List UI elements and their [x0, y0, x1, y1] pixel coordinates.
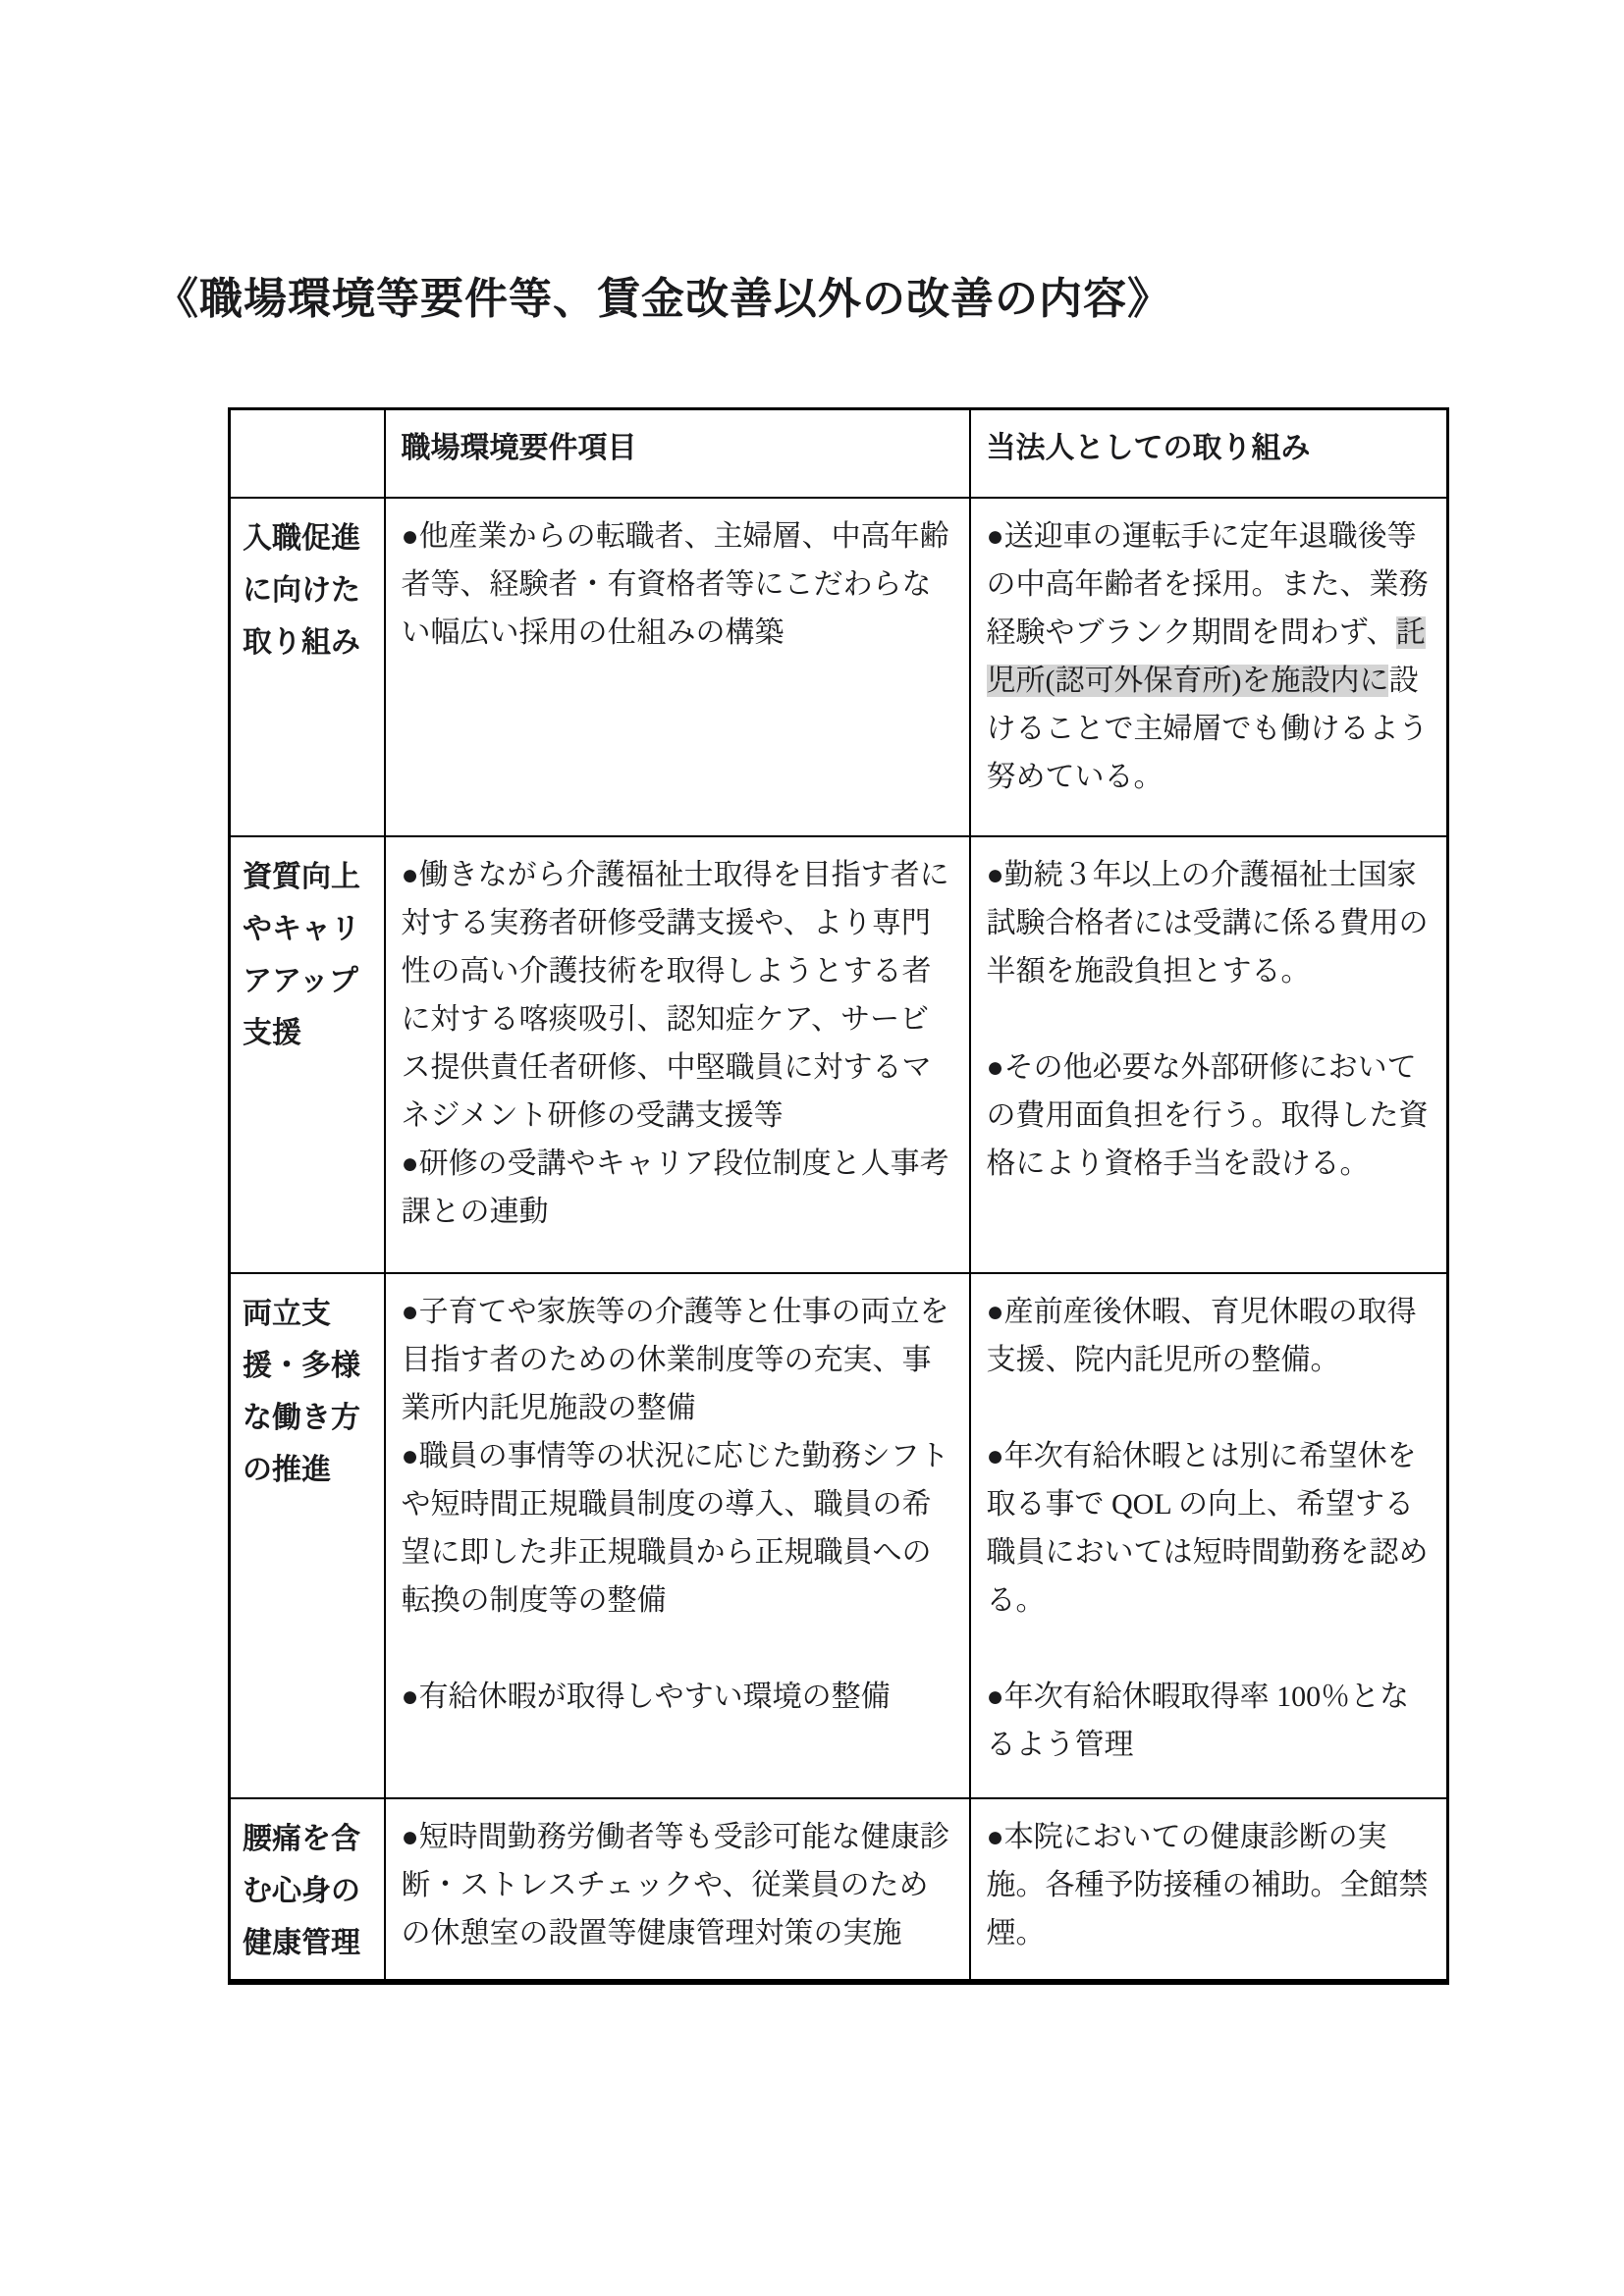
- row-label: 資質向上やキャリアアップ支援: [230, 836, 385, 1273]
- table-row: 腰痛を含む心身の健康管理●短時間勤務労働者等も受診可能な健康診断・ストレスチェッ…: [230, 1798, 1448, 1982]
- text-segment: ●短時間勤務労働者等も受診可能な健康診断・ストレスチェックや、従業員のための休憩…: [402, 1821, 949, 1949]
- row-label: 入職促進に向けた取り組み: [230, 498, 385, 836]
- text-segment: ●送迎車の運転手に定年退職後等の中高年齢者を採用。また、業務経験やブランク期間を…: [987, 520, 1429, 649]
- initiatives-cell: ●勤続３年以上の介護福祉士国家試験合格者には受講に係る費用の半額を施設負担とする…: [970, 836, 1448, 1273]
- requirements-cell: ●子育てや家族等の介護等と仕事の両立を目指す者のための休業制度等の充実、事業所内…: [385, 1273, 970, 1798]
- page-title: 《職場環境等要件等、賃金改善以外の改善の内容》: [155, 263, 1171, 326]
- bullet-item: ●子育てや家族等の介護等と仕事の両立を目指す者のための休業制度等の充実、事業所内…: [402, 1288, 953, 1432]
- text-segment: ●他産業からの転職者、主婦層、中高年齢者等、経験者・有資格者等にこだわらない幅広…: [402, 520, 949, 649]
- header-initiatives: 当法人としての取り組み: [970, 409, 1448, 498]
- text-segment: ●その他必要な外部研修においての費用面負担を行う。取得した資格により資格手当を設…: [987, 1051, 1429, 1180]
- improvement-table: 職場環境要件項目 当法人としての取り組み 入職促進に向けた取り組み●他産業からの…: [228, 407, 1449, 1985]
- header-empty-cell: [230, 409, 385, 498]
- table-row: 入職促進に向けた取り組み●他産業からの転職者、主婦層、中高年齢者等、経験者・有資…: [230, 498, 1448, 836]
- initiatives-cell: ●本院においての健康診断の実施。各種予防接種の補助。全館禁煙。: [970, 1798, 1448, 1982]
- text-segment: ●有給休暇が取得しやすい環境の整備: [402, 1681, 891, 1713]
- text-segment: ●本院においての健康診断の実施。各種予防接種の補助。全館禁煙。: [987, 1821, 1429, 1949]
- requirements-cell: ●他産業からの転職者、主婦層、中高年齢者等、経験者・有資格者等にこだわらない幅広…: [385, 498, 970, 836]
- bullet-item: ●他産業からの転職者、主婦層、中高年齢者等、経験者・有資格者等にこだわらない幅広…: [402, 512, 953, 657]
- table-row: 両立支援・多様な働き方の推進●子育てや家族等の介護等と仕事の両立を目指す者のため…: [230, 1273, 1448, 1798]
- requirements-cell: ●短時間勤務労働者等も受診可能な健康診断・ストレスチェックや、従業員のための休憩…: [385, 1798, 970, 1982]
- header-requirements: 職場環境要件項目: [385, 409, 970, 498]
- bullet-item: ●有給休暇が取得しやすい環境の整備: [402, 1673, 953, 1721]
- text-segment: ●子育てや家族等の介護等と仕事の両立を目指す者のための休業制度等の充実、事業所内…: [402, 1296, 949, 1424]
- text-segment: ●産前産後休暇、育児休暇の取得支援、院内託児所の整備。: [987, 1296, 1417, 1376]
- bullet-item: ●その他必要な外部研修においての費用面負担を行う。取得した資格により資格手当を設…: [987, 1043, 1432, 1188]
- table-body: 入職促進に向けた取り組み●他産業からの転職者、主婦層、中高年齢者等、経験者・有資…: [230, 498, 1448, 1982]
- bullet-item: ●送迎車の運転手に定年退職後等の中高年齢者を採用。また、業務経験やブランク期間を…: [987, 512, 1432, 801]
- row-label: 両立支援・多様な働き方の推進: [230, 1273, 385, 1798]
- bullet-item: ●働きながら介護福祉士取得を目指す者に対する実務者研修受講支援や、より専門性の高…: [402, 851, 953, 1140]
- requirements-cell: ●働きながら介護福祉士取得を目指す者に対する実務者研修受講支援や、より専門性の高…: [385, 836, 970, 1273]
- bullet-item: ●研修の受講やキャリア段位制度と人事考課との連動: [402, 1140, 953, 1236]
- text-segment: ●職員の事情等の状況に応じた勤務シフトや短時間正規職員制度の導入、職員の希望に即…: [402, 1440, 949, 1617]
- text-segment: ●年次有給休暇取得率 100％となるよう管理: [987, 1681, 1410, 1761]
- bullet-item: ●年次有給休暇とは別に希望休を取る事で QOL の向上、希望する職員においては短…: [987, 1432, 1432, 1625]
- row-label: 腰痛を含む心身の健康管理: [230, 1798, 385, 1982]
- document-page: 《職場環境等要件等、賃金改善以外の改善の内容》 職場環境要件項目 当法人としての…: [0, 0, 1624, 2296]
- text-segment: ●勤続３年以上の介護福祉士国家試験合格者には受講に係る費用の半額を施設負担とする…: [987, 859, 1429, 988]
- bullet-item: ●職員の事情等の状況に応じた勤務シフトや短時間正規職員制度の導入、職員の希望に即…: [402, 1432, 953, 1625]
- bullet-item: ●勤続３年以上の介護福祉士国家試験合格者には受講に係る費用の半額を施設負担とする…: [987, 851, 1432, 995]
- bullet-item: ●産前産後休暇、育児休暇の取得支援、院内託児所の整備。: [987, 1288, 1432, 1384]
- initiatives-cell: ●産前産後休暇、育児休暇の取得支援、院内託児所の整備。●年次有給休暇とは別に希望…: [970, 1273, 1448, 1798]
- bullet-item: ●短時間勤務労働者等も受診可能な健康診断・ストレスチェックや、従業員のための休憩…: [402, 1813, 953, 1957]
- bullet-item: ●本院においての健康診断の実施。各種予防接種の補助。全館禁煙。: [987, 1813, 1432, 1957]
- bullet-item: ●年次有給休暇取得率 100％となるよう管理: [987, 1673, 1432, 1769]
- text-segment: ●年次有給休暇とは別に希望休を取る事で QOL の向上、希望する職員においては短…: [987, 1440, 1429, 1617]
- header-row: 職場環境要件項目 当法人としての取り組み: [230, 409, 1448, 498]
- text-segment: ●働きながら介護福祉士取得を目指す者に対する実務者研修受講支援や、より専門性の高…: [402, 859, 949, 1132]
- text-segment: ●研修の受講やキャリア段位制度と人事考課との連動: [402, 1148, 949, 1228]
- initiatives-cell: ●送迎車の運転手に定年退職後等の中高年齢者を採用。また、業務経験やブランク期間を…: [970, 498, 1448, 836]
- table-row: 資質向上やキャリアアップ支援●働きながら介護福祉士取得を目指す者に対する実務者研…: [230, 836, 1448, 1273]
